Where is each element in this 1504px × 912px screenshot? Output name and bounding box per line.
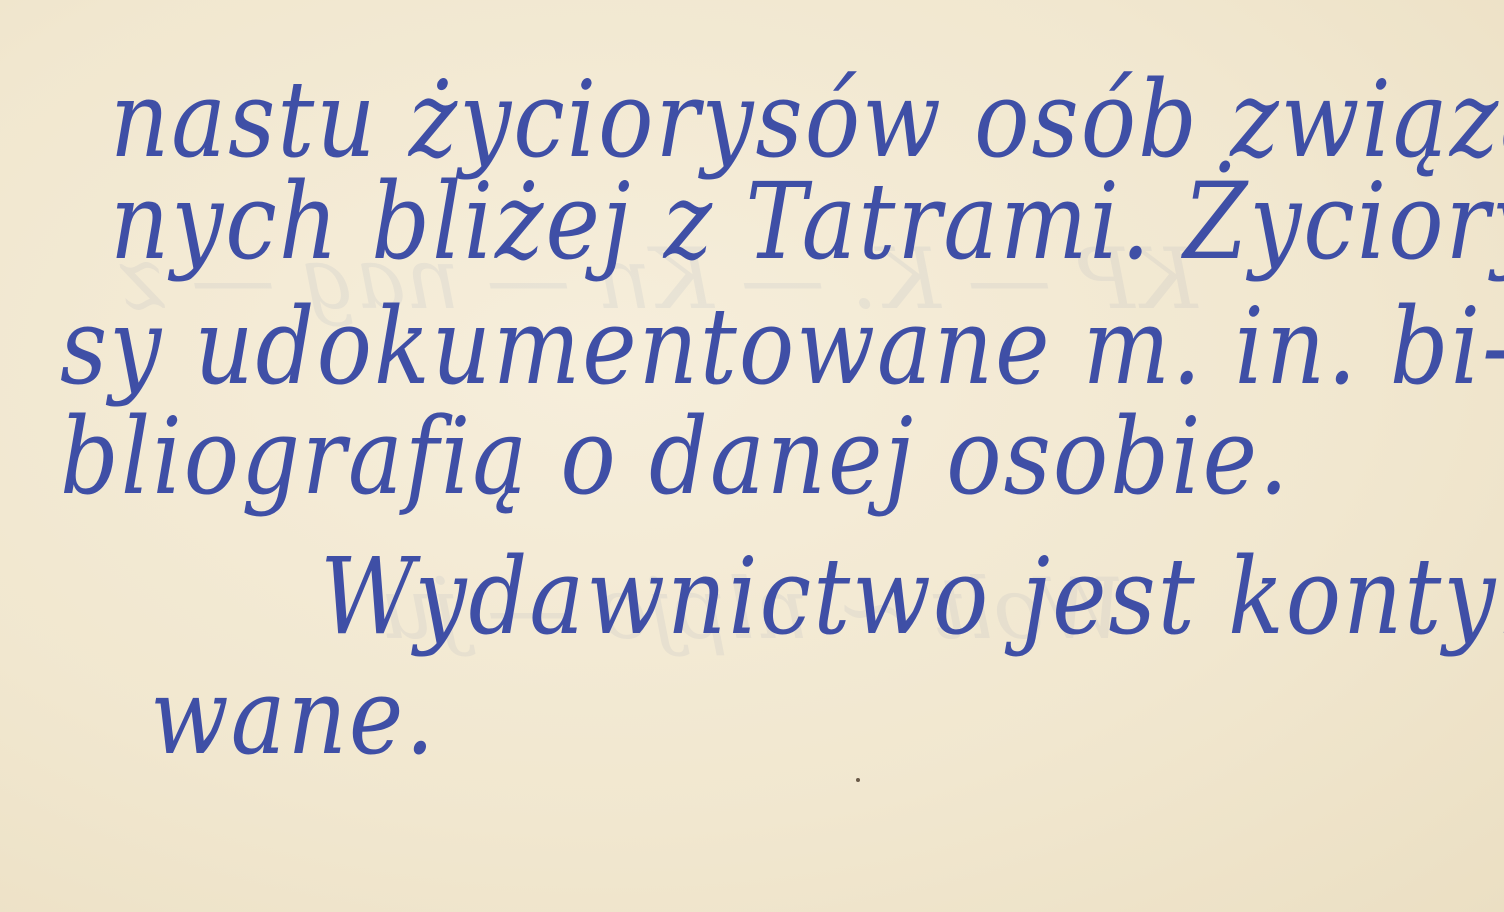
handwritten-card: KP — K. — Kn — nag — z Wolt ~ nlpjo — ju…	[0, 0, 1504, 912]
text-line-5: Wydawnictwo jest kontynuo-	[320, 535, 1504, 658]
paper-speck	[856, 778, 860, 782]
text-line-2: nych bliżej z Tatrami. Życiory-	[110, 160, 1504, 283]
text-line-6: wane.	[150, 655, 437, 778]
text-line-3: sy udokumentowane m. in. bi-	[60, 285, 1504, 408]
text-line-4: bliografią o danej osobie.	[60, 395, 1290, 518]
